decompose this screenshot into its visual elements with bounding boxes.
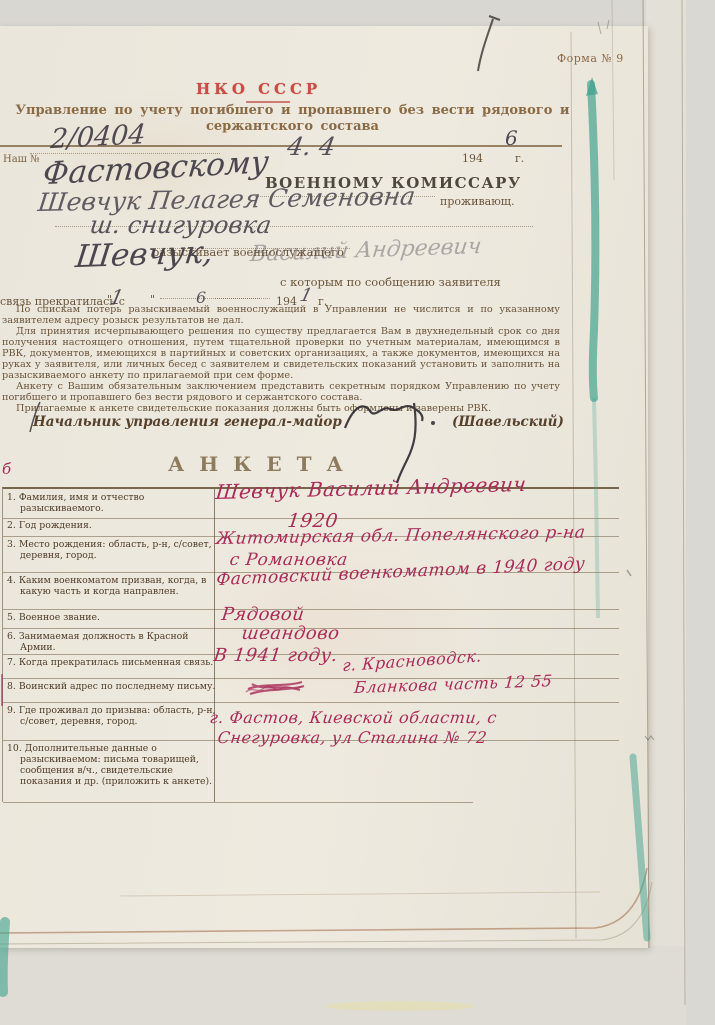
form-number: Форма № 9 (557, 52, 624, 65)
year-suffix: г. (515, 152, 524, 165)
underlying-page-edge (684, 0, 715, 1025)
answer-prewar-address-line1: г. Фастов, Киевской области, с (209, 708, 498, 727)
paragraph-4: Прилагаемые к анкете свидетельские показ… (2, 403, 560, 414)
answer-military-address-line2: Бланкова часть 12 55 (353, 671, 553, 697)
dotted-line (255, 196, 435, 197)
anketa-row-label: 3. Место рождения: область, р-н, с/совет… (7, 539, 222, 561)
org-title-line1: Управление по учету погибшего и пропавше… (0, 103, 585, 118)
anketa-row-label: 2. Год рождения. (7, 520, 222, 531)
underlying-sheet (646, 0, 686, 1008)
answer-rank: Рядовой (220, 604, 305, 625)
table-bottom-line (3, 802, 473, 803)
answer-military-address-line1: г. Красноводск. (342, 646, 482, 675)
anketa-row-label: 4. Каким военкоматом призван, когда, в к… (7, 575, 222, 597)
margin-mark: б (2, 460, 11, 478)
answer-position: шеандово (240, 623, 340, 644)
outgoing-number-handwritten: 2/0404 (49, 119, 147, 155)
sought-surname-handwritten: Шевчук, (74, 234, 216, 275)
year-digit-handwritten: 6 (505, 126, 518, 150)
answer-contact-lost: В 1941 году. (212, 645, 339, 666)
anketa-row-label: 9. Где проживал до призыва: область, р-н… (7, 705, 222, 727)
anketa-row-label: 10. Дополнительные данные о разыскиваемо… (7, 743, 222, 787)
anketa-row-label: 1. Фамилия, имя и отчество разыскиваемог… (7, 492, 222, 514)
answer-prewar-address-line2: Снегуровка, ул Сталина № 72 (217, 728, 489, 747)
anketa-row-label: 5. Военное звание. (7, 612, 222, 623)
table-row-line (3, 702, 619, 703)
dotted-line (55, 226, 533, 227)
anketa-table: 1. Фамилия, имя и отчество разыскиваемог… (2, 487, 619, 802)
signer-name: (Шавельский) (452, 414, 564, 430)
residing-label: проживающ. (440, 195, 515, 208)
date-handwritten: 4. 4 (285, 132, 338, 161)
year-printed: 194 (462, 152, 483, 165)
signer-title: Начальник управления генерал-майор (33, 414, 342, 430)
nko-sssr-stamp: НКО СССР (196, 80, 321, 98)
paragraph-3: Анкету с Вашим обязательным заключением … (2, 381, 560, 403)
answer-birthplace-line1: Житомирская обл. Попелянского р-на (215, 523, 587, 549)
our-number-label: Наш № (3, 154, 40, 165)
background-below-sheet (0, 946, 686, 1025)
dotted-line (215, 298, 270, 299)
dotted-line (150, 248, 350, 249)
paragraph-1: По спискам потерь разыскиваемый военносл… (2, 304, 560, 326)
anketa-row-label: 6. Занимаемая должность в Красной Армии. (7, 631, 222, 653)
anketa-title: АНКЕТА (168, 452, 358, 476)
paragraph-2: Для принятия исчерпывающего решения по с… (2, 326, 560, 381)
table-row-line (3, 609, 619, 610)
anketa-row-label: 8. Воинский адрес по последнему письму. (7, 681, 222, 692)
anketa-row-label: 7. Когда прекратилась письменная связь. (7, 657, 222, 668)
scanned-document: Форма № 9 НКО СССР Управление по учету п… (0, 0, 715, 1025)
body-text: По спискам потерь разыскиваемый военносл… (2, 304, 560, 414)
